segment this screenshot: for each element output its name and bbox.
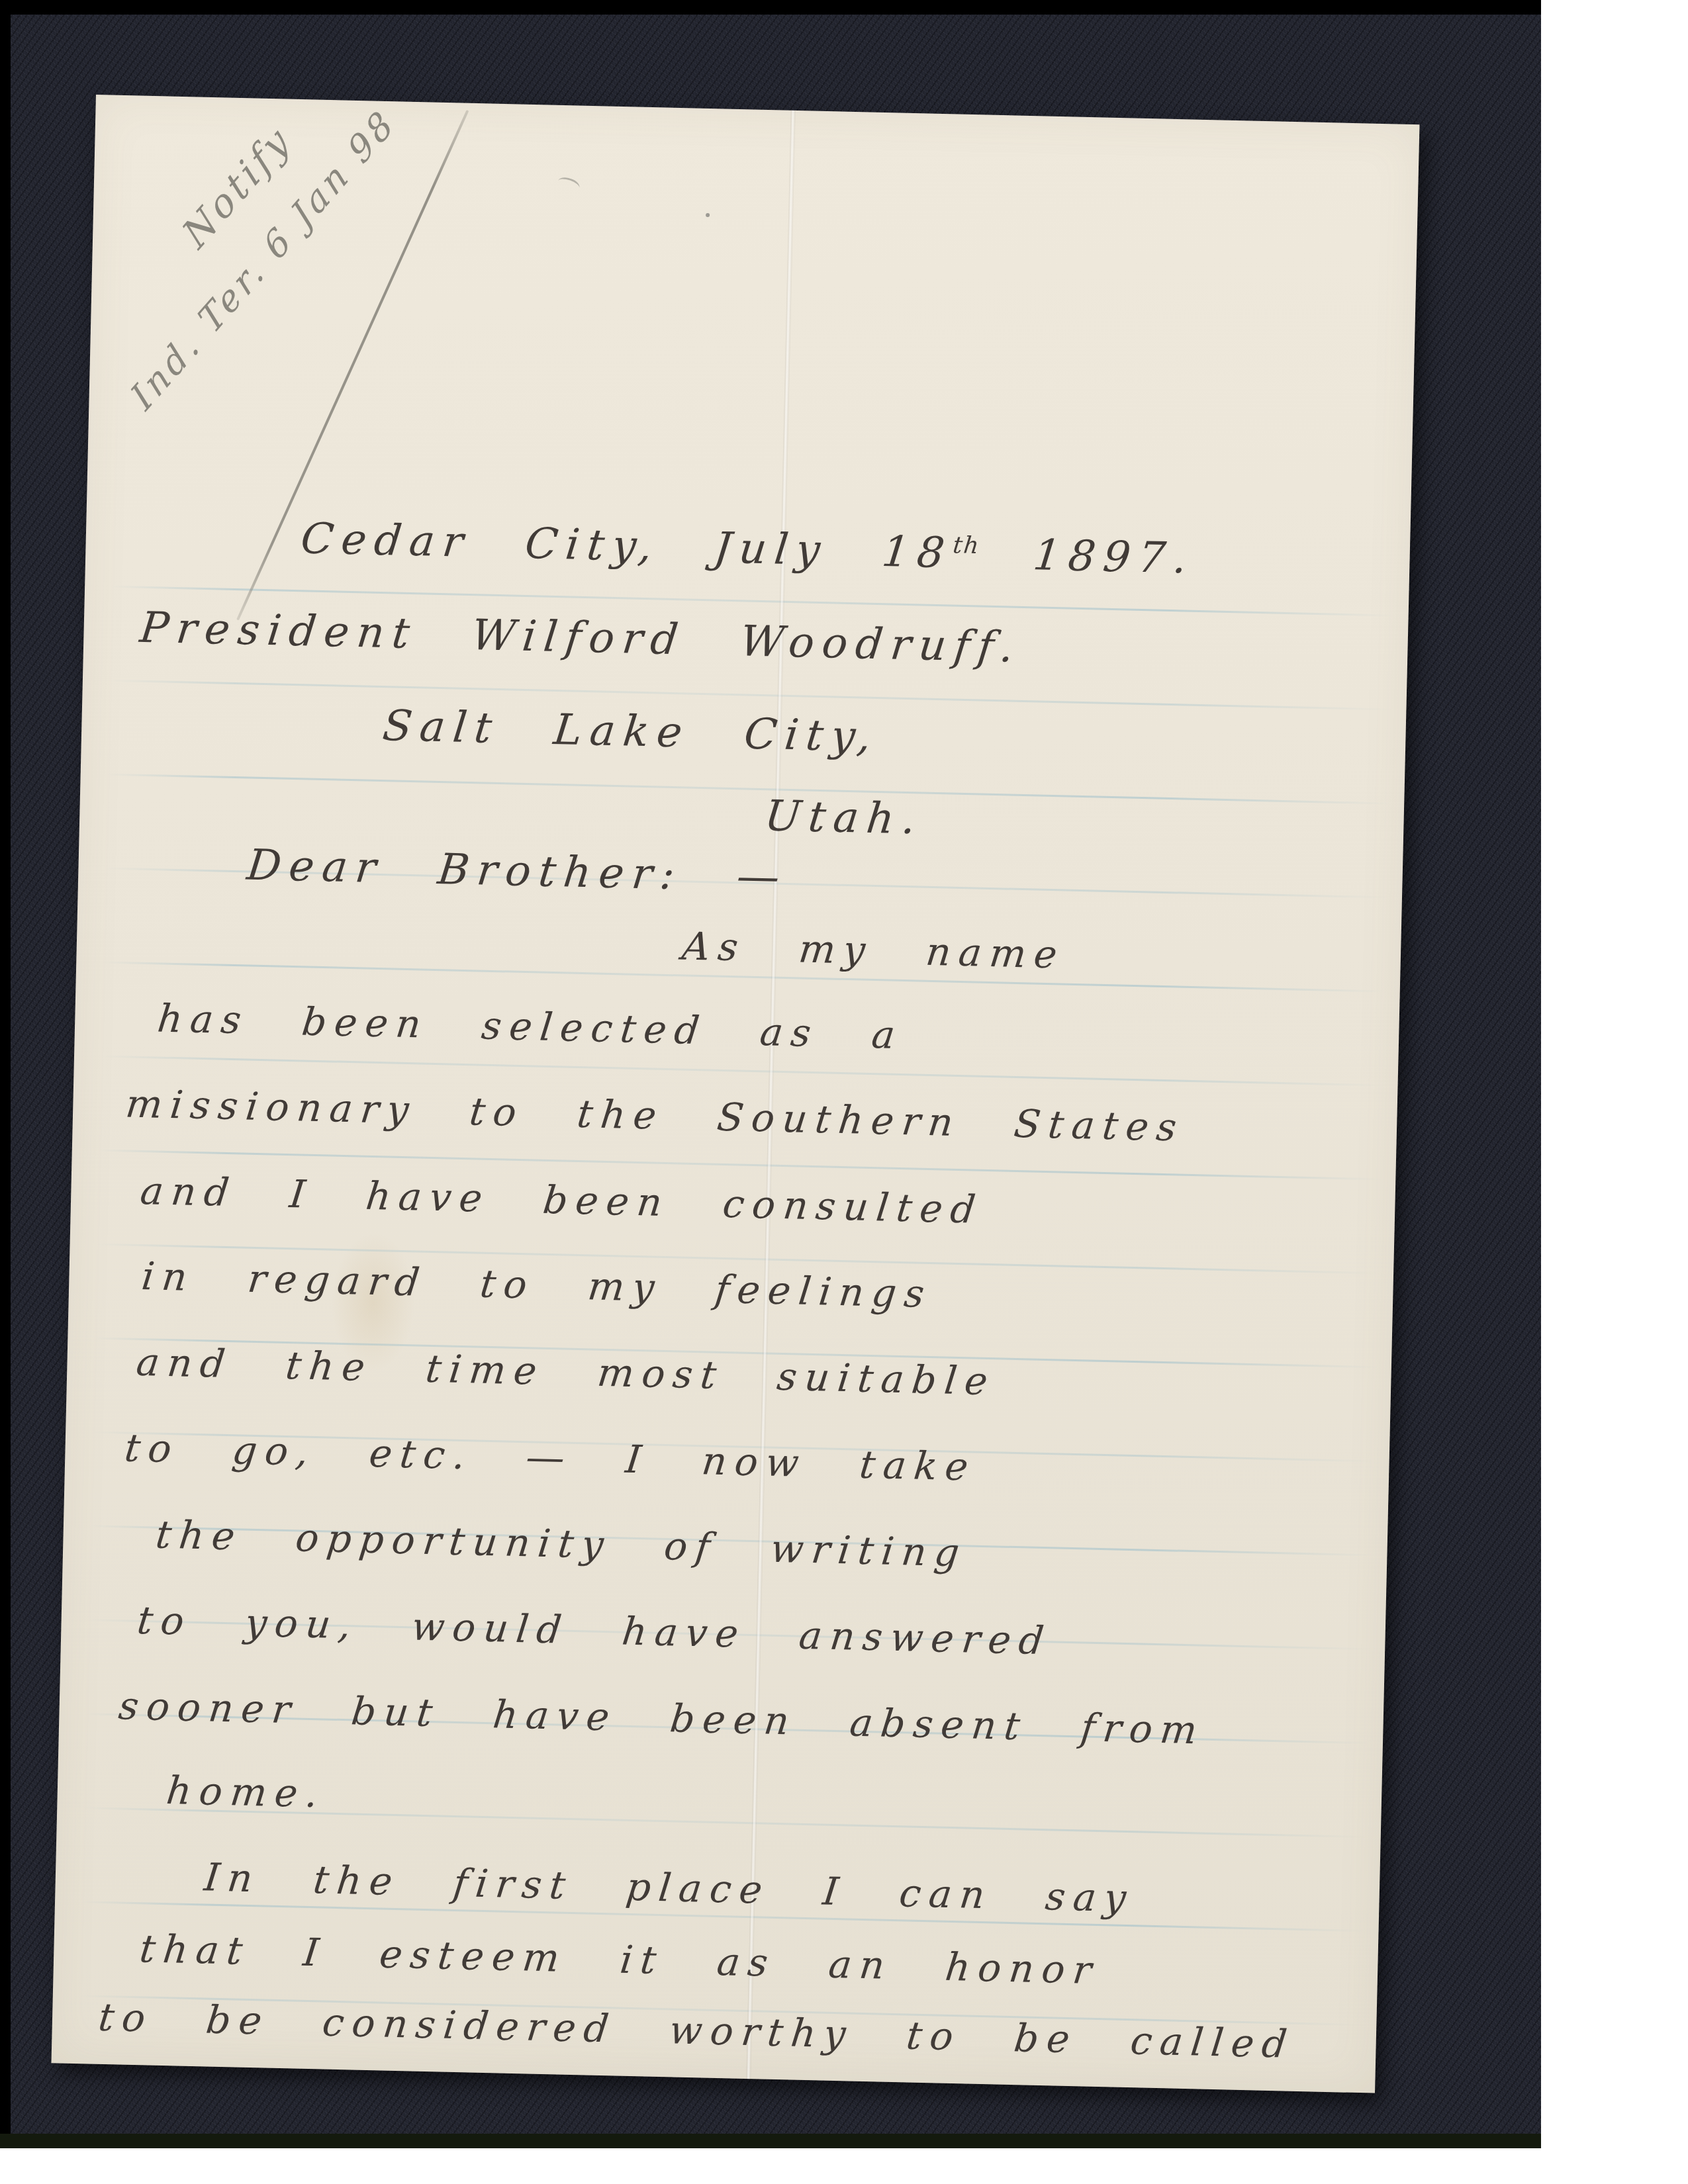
letter-line-16: home.: [164, 1768, 328, 1816]
scan-white-margin-right: [1541, 0, 1688, 2184]
scan-white-margin-bottom: [0, 2148, 1688, 2184]
stray-pencil-dot: [706, 213, 710, 217]
letter-line-11: and the time most suitable: [134, 1340, 998, 1404]
letter-line-4: Utah.: [762, 792, 925, 844]
scan-left-edge: [0, 0, 11, 2148]
letter-line-18: that I esteem it as an honor: [138, 1926, 1102, 1993]
letter-line-14: to you, would have answered: [135, 1598, 1054, 1663]
letter-line-13: the opportunity of writing: [154, 1512, 970, 1576]
letter-line-17: In the first place I can say: [202, 1854, 1136, 1921]
scan-top-edge: [0, 0, 1541, 15]
letter-line-19: to be considered worthy to be called: [96, 1995, 1297, 2067]
scanned-letter-page: { "mat": { "color": "#22242e", "edge_col…: [0, 0, 1688, 2184]
letter-line-8: missionary to the Southern States: [124, 1081, 1187, 1150]
letter-line-6: As my name: [680, 924, 1067, 978]
ruled-line-6: [101, 1056, 1385, 1087]
letter-line-12: to go, etc. — I now take: [122, 1426, 978, 1490]
letter-line-10: in regard to my feelings: [140, 1253, 935, 1316]
letter-sheet: Notify Ind. Ter. 6 Jan 98 Cedar City, Ju…: [52, 95, 1420, 2093]
letter-line-15: sooner but have been absent from: [117, 1683, 1207, 1752]
letter-line-9: and I have been consulted: [138, 1168, 986, 1232]
mat-bottom-edge: [0, 2134, 1541, 2148]
letter-line-3: Salt Lake City,: [380, 702, 881, 762]
ruled-line-3: [107, 774, 1391, 805]
letter-line-7: has been selected as a: [156, 996, 906, 1058]
letter-line-5: Dear Brother: —: [245, 841, 790, 902]
